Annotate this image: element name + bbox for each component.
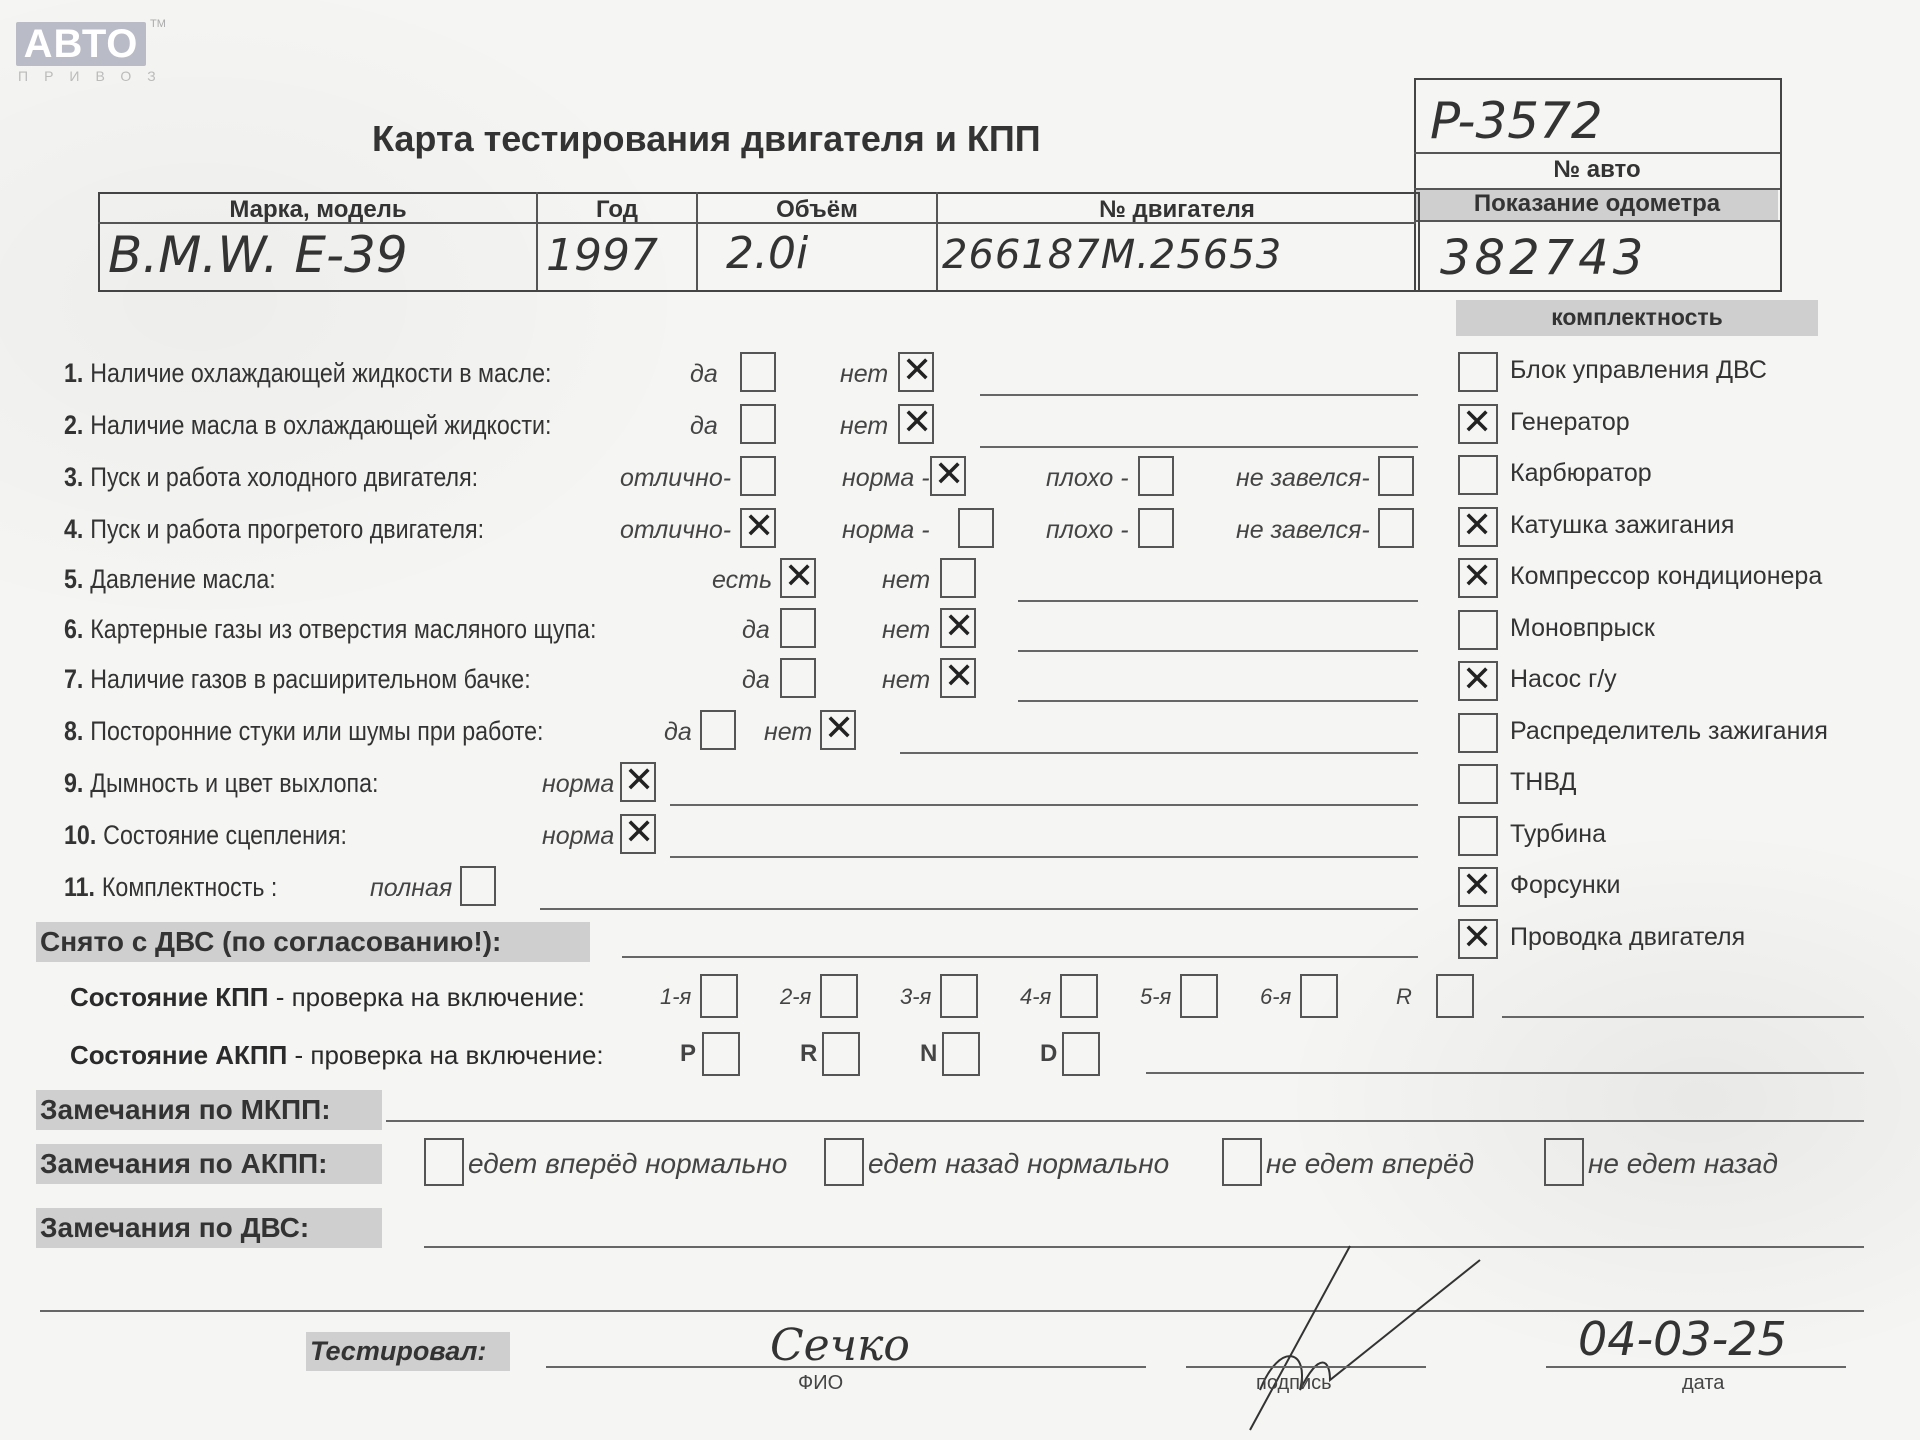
completeness-item-label: Компрессор кондиционера [1510,562,1822,591]
question-1-notes-field[interactable] [980,394,1418,396]
remarks-engine-field-1[interactable] [424,1246,1864,1248]
option-label: плохо - [1046,516,1129,545]
page-title: Карта тестирования двигателя и КПП [372,118,1041,160]
akpp-mode-label: P [680,1040,696,1068]
question-3-text: 3.Пуск и работа холодного двигателя: [64,462,478,493]
option-label: плохо - [1046,464,1129,493]
completeness-item-label: Генератор [1510,408,1630,437]
option-label: есть [712,566,772,595]
gear-label: 5-я [1140,984,1171,1010]
logo-trademark: TM [150,18,166,30]
question-7-text: 7.Наличие газов в расширительном бачке: [64,664,531,695]
question-number: 7. [64,664,83,694]
tester-name-line [546,1366,1146,1368]
akpp-remark-label: не едет вперёд [1266,1148,1474,1180]
option-label: отлично- [620,516,731,545]
gear-label: 6-я [1260,984,1291,1010]
option-label: да [742,666,770,695]
question-number: 2. [64,410,83,440]
option-label: нет [840,412,888,441]
completeness-item-label: Форсунки [1510,871,1621,900]
question-5-text: 5.Давление масла: [64,564,276,595]
question-label: Комплектность : [102,872,277,902]
option-label: не завелся- [1236,516,1370,545]
completeness-checkbox-2[interactable] [1458,404,1498,444]
akpp-mode-label: N [920,1040,937,1068]
question-1-text: 1.Наличие охлаждающей жидкости в масле: [64,358,551,389]
option-label: нет [882,666,930,695]
gear-label: 3-я [900,984,931,1010]
completeness-checkbox-9[interactable] [1458,764,1498,804]
akpp-mode-checkbox-1[interactable] [702,1032,740,1076]
completeness-item-label: Распределитель зажигания [1510,717,1828,746]
question-4-option-3-checkbox[interactable] [1138,508,1174,548]
option-label: да [742,616,770,645]
remarks-mkpp-label: Замечания по МКПП: [36,1090,382,1130]
option-label: нет [764,718,812,747]
odometer-value[interactable]: 382743 [1440,230,1647,286]
question-label: Картерные газы из отверстия масляного щу… [90,614,596,644]
akpp-label-bold: Состояние АКПП [70,1040,287,1070]
akpp-remark-label: едет назад нормально [868,1148,1169,1180]
column-volume: Объём [698,196,936,224]
akpp-remark-checkbox-2[interactable] [824,1138,864,1186]
question-7-notes-field[interactable] [1018,700,1418,702]
question-4-option-4-checkbox[interactable] [1378,508,1414,548]
option-label: норма - [842,464,930,493]
question-11-notes-field[interactable] [540,908,1418,910]
gear-checkbox-5[interactable] [1180,974,1218,1018]
question-8-option-2-checkbox[interactable] [820,710,856,750]
question-number: 11. [64,872,95,902]
question-10-text: 10.Состояние сцепления: [64,820,347,851]
tested-by-label: Тестировал: [306,1332,510,1371]
remarks-engine-label: Замечания по ДВС: [36,1208,382,1248]
completeness-checkbox-8[interactable] [1458,713,1498,753]
question-4-option-2-checkbox[interactable] [958,508,994,548]
question-label: Наличие газов в расширительном бачке: [90,664,530,694]
question-3-option-2-checkbox[interactable] [930,456,966,496]
option-label: норма - [842,516,930,545]
gear-checkbox-6[interactable] [1300,974,1338,1018]
signature-caption: подпись [1256,1372,1332,1395]
question-number: 10. [64,820,96,850]
completeness-item-label: Насос г/у [1510,665,1617,694]
signature-mark [1180,1240,1500,1440]
option-label: норма [542,770,614,799]
gear-label: 4-я [1020,984,1051,1010]
completeness-item-label: Проводка двигателя [1510,923,1745,952]
signature-line[interactable] [1186,1366,1426,1368]
gear-checkbox-7[interactable] [1436,974,1474,1018]
completeness-item-label: Турбина [1510,820,1606,849]
completeness-checkbox-3[interactable] [1458,455,1498,495]
question-6-notes-field[interactable] [1018,650,1418,652]
gear-checkbox-4[interactable] [1060,974,1098,1018]
question-label: Давление масла: [90,564,275,594]
question-11-option-1-checkbox[interactable] [460,866,496,906]
question-10-notes-field[interactable] [670,856,1418,858]
option-label: да [690,360,718,389]
completeness-checkbox-6[interactable] [1458,610,1498,650]
question-2-option-2-checkbox[interactable] [898,404,934,444]
question-5-option-2-checkbox[interactable] [940,558,976,598]
question-2-text: 2.Наличие масла в охлаждающей жидкости: [64,410,551,441]
option-label: отлично- [620,464,731,493]
make-model-value[interactable]: B.M.W. E-39 [108,226,408,284]
question-number: 4. [64,514,83,544]
question-number: 3. [64,462,83,492]
date-value[interactable]: 04-03-25 [1578,1312,1787,1366]
completeness-header: комплектность [1456,304,1818,331]
car-number-label: № авто [1414,156,1780,184]
question-6-option-1-checkbox[interactable] [780,608,816,648]
remarks-mkpp-field[interactable] [386,1120,1864,1122]
question-number: 6. [64,614,83,644]
option-label: нет [840,360,888,389]
completeness-checkbox-7[interactable] [1458,661,1498,701]
option-label: не завелся- [1236,464,1370,493]
question-7-option-2-checkbox[interactable] [940,658,976,698]
option-label: норма [542,822,614,851]
question-1-option-2-checkbox[interactable] [898,352,934,392]
question-5-option-1-checkbox[interactable] [780,558,816,598]
question-9-text: 9.Дымность и цвет выхлопа: [64,768,378,799]
question-number: 5. [64,564,83,594]
logo-subtitle: ПРИВОЗ [18,68,172,84]
akpp-remark-label: не едет назад [1588,1148,1778,1180]
option-label: да [690,412,718,441]
question-2-option-1-checkbox[interactable] [740,404,776,444]
odometer-label: Показание одометра [1414,190,1780,218]
question-label: Пуск и работа прогретого двигателя: [90,514,484,544]
akpp-remark-checkbox-1[interactable] [424,1138,464,1186]
year-value[interactable]: 1997 [546,230,658,281]
kpp-notes-field[interactable] [1502,1016,1864,1018]
option-label: да [664,718,692,747]
question-4-text: 4.Пуск и работа прогретого двигателя: [64,514,484,545]
question-label: Наличие масла в охлаждающей жидкости: [90,410,551,440]
option-label: нет [882,566,930,595]
kpp-label-bold: Состояние КПП [70,982,269,1012]
completeness-checkbox-5[interactable] [1458,558,1498,598]
column-engine-number: № двигателя [938,196,1416,224]
akpp-mode-checkbox-4[interactable] [1062,1032,1100,1076]
question-label: Дымность и цвет выхлопа: [90,768,378,798]
question-5-notes-field[interactable] [1018,600,1418,602]
question-4-option-1-checkbox[interactable] [740,508,776,548]
question-10-option-1-checkbox[interactable] [620,814,656,854]
column-year: Год [538,196,696,224]
remarks-akpp-label: Замечания по АКПП: [36,1144,382,1184]
question-9-notes-field[interactable] [670,804,1418,806]
gear-checkbox-1[interactable] [700,974,738,1018]
completeness-item-label: Карбюратор [1510,459,1652,488]
akpp-mode-label: D [1040,1040,1057,1068]
gear-label: R [1396,984,1412,1010]
question-label: Состояние сцепления: [103,820,347,850]
question-7-option-1-checkbox[interactable] [780,658,816,698]
completeness-checkbox-12[interactable] [1458,919,1498,959]
gear-label: 1-я [660,984,691,1010]
question-8-notes-field[interactable] [900,752,1418,754]
completeness-checkbox-10[interactable] [1458,816,1498,856]
fio-caption: ФИО [798,1372,843,1395]
akpp-remark-checkbox-4[interactable] [1544,1138,1584,1186]
gear-checkbox-3[interactable] [940,974,978,1018]
engine-number-value[interactable]: 266187M.25653 [942,232,1282,278]
akpp-remark-label: едет вперёд нормально [468,1148,787,1180]
column-make-model: Марка, модель [100,196,536,224]
completeness-checkbox-11[interactable] [1458,867,1498,907]
gear-label: 2-я [780,984,811,1010]
question-8-option-1-checkbox[interactable] [700,710,736,750]
akpp-mode-checkbox-2[interactable] [822,1032,860,1076]
question-6-text: 6.Картерные газы из отверстия масляного … [64,614,596,645]
question-2-notes-field[interactable] [980,446,1418,448]
question-3-option-3-checkbox[interactable] [1138,456,1174,496]
question-label: Пуск и работа холодного двигателя: [90,462,478,492]
completeness-item-label: Моновпрыск [1510,614,1655,643]
question-number: 9. [64,768,83,798]
gear-checkbox-2[interactable] [820,974,858,1018]
option-label: нет [882,616,930,645]
car-number-value[interactable]: P-3572 [1430,92,1603,150]
completeness-item-label: Блок управления ДВС [1510,356,1767,385]
question-label: Наличие охлаждающей жидкости в масле: [90,358,551,388]
question-6-option-2-checkbox[interactable] [940,608,976,648]
completeness-checkbox-4[interactable] [1458,507,1498,547]
question-3-option-4-checkbox[interactable] [1378,456,1414,496]
akpp-remark-checkbox-3[interactable] [1222,1138,1262,1186]
question-1-option-1-checkbox[interactable] [740,352,776,392]
akpp-mode-checkbox-3[interactable] [942,1032,980,1076]
question-number: 1. [64,358,83,388]
kpp-label-rest: - проверка на включение: [269,982,585,1012]
question-11-text: 11.Комплектность : [64,872,277,903]
removed-from-engine-field[interactable] [622,956,1418,958]
completeness-checkbox-1[interactable] [1458,352,1498,392]
volume-value[interactable]: 2.0i [726,228,808,279]
question-9-option-1-checkbox[interactable] [620,762,656,802]
question-8-text: 8.Посторонние стуки или шумы при работе: [64,716,543,747]
completeness-item-label: ТНВД [1510,768,1576,797]
completeness-item-label: Катушка зажигания [1510,511,1734,540]
avto-privoz-logo: АВТО [16,22,146,66]
question-label: Посторонние стуки или шумы при работе: [90,716,543,746]
kpp-label: Состояние КПП - проверка на включение: [70,982,585,1013]
question-3-option-1-checkbox[interactable] [740,456,776,496]
question-number: 8. [64,716,83,746]
option-label: полная [370,874,452,903]
date-caption: дата [1682,1372,1724,1395]
tester-name-value[interactable]: Сечко [770,1320,910,1371]
test-card-document: АВТО TM ПРИВОЗ Карта тестирования двигат… [0,0,1920,1440]
removed-from-engine-label: Снято с ДВС (по согласованию!): [36,922,590,962]
date-line [1546,1366,1846,1368]
akpp-notes-field[interactable] [1146,1072,1864,1074]
akpp-label: Состояние АКПП - проверка на включение: [70,1040,604,1071]
akpp-label-rest: - проверка на включение: [287,1040,603,1070]
akpp-mode-label: R [800,1040,817,1068]
